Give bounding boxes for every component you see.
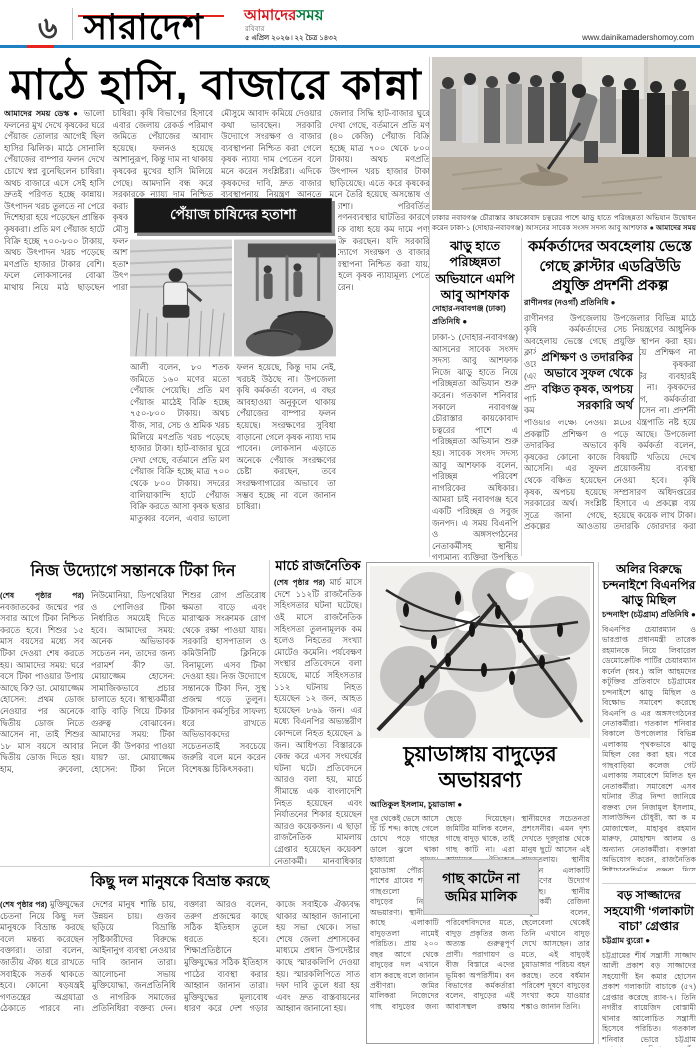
march-violence-article: মার্চে রাজনৈতিক (শেষ পৃষ্ঠার পর) মার্চ ম…: [274, 558, 362, 865]
photo-credit: ● আমাদের সময়: [650, 223, 696, 232]
onion-box-story: পেঁয়াজ চাষিদের হতাশা: [128, 198, 338, 560]
march-continued-marker: (শেষ পৃষ্ঠার পর): [274, 578, 325, 587]
mp-headline: ঝাড়ু হাতে পরিচ্ছন্নতা অভিযানে এমপি আবু …: [432, 238, 518, 303]
column-rule-lead-right: [429, 57, 430, 557]
mp-broom-article: ঝাড়ু হাতে পরিচ্ছন্নতা অভিযানে এমপি আবু …: [432, 238, 518, 570]
column-rule-vaccine-march: [269, 560, 270, 866]
parties-continued-marker: (শেষ পৃষ্ঠার পর): [0, 900, 47, 909]
bat-inset-headline: গাছ কাটেন না জমির মালিক: [423, 859, 539, 915]
sajjad-body: চট্টগ্রামের শীর্ষ সন্ত্রাসী সাজ্জাদ আলী …: [602, 951, 696, 1047]
parties-body: (শেষ পৃষ্ঠার পর) মুক্তিযুদ্ধের চেতনা নিয…: [0, 899, 360, 1050]
awd-headline: কর্মকর্তাদের অবহেলায় ভেস্তে গেছে ক্লাস্…: [524, 238, 696, 297]
cleanup-photo-caption: ঢাকার নবাবগঞ্জ চৌরাস্তার কায়কোবাদ চত্বর…: [432, 213, 696, 232]
awd-pullquote: প্রশিক্ষণ ও তদারকির অভাবে সুফল থেকে বঞ্চ…: [536, 346, 640, 420]
bat-byline: আতিকুল ইসলাম, চুয়াডাঙ্গা ●: [370, 799, 590, 812]
awd-project-article: কর্মকর্তাদের অবহেলায় ভেস্তে গেছে ক্লাস্…: [524, 238, 696, 541]
newspaper-page: ৬ সারাদেশ আমাদেরসময় রবিবার ৫ এপ্রিল ২০২…: [0, 0, 700, 1050]
sajjad-arrest-article: বড় সাজ্জাদের সহযোগী ‘গলাকাটা বাচা’ গ্রে…: [602, 888, 696, 1047]
awd-byline: রাণীনগর (নওগাঁ) প্রতিনিধি ●: [524, 297, 696, 310]
vaccine-body: (শেষ পৃষ্ঠার পর) নবজাতকের জন্মের পর সবার…: [0, 590, 266, 872]
march-body-text: মার্চ মাসে দেশে ১১২টি রাজনৈতিক সহিংসতার …: [274, 577, 362, 865]
oli-protest-article: অলির বিরুদ্ধে চন্দনাইশে বিএনপির ঝাড়ু মি…: [602, 562, 696, 871]
oli-headline: অলির বিরুদ্ধে চন্দনাইশে বিএনপির ঝাড়ু মি…: [602, 562, 696, 609]
onion-box-title: পেঁয়াজ চাষিদের হতাশা: [134, 198, 332, 233]
bat-headline: চুয়াডাঙ্গায় বাদুড়ের অভায়রণ্য: [370, 742, 590, 795]
parties-confusion-article: কিছু দল মানুষকে বিভ্রান্ত করছে (শেষ পৃষ্…: [0, 870, 360, 1050]
parties-body-text: মুক্তিযুদ্ধের চেতনা নিয়ে কিছু দল মানুষক…: [0, 899, 360, 1013]
rule-above-parties: [0, 866, 360, 867]
page-number-divider: [72, 8, 73, 40]
vaccine-body-text: নবজাতকের জন্মের পর সবার আগে টিকা নিশ্চিত…: [0, 590, 266, 774]
column-rule-mp-awd: [521, 238, 522, 556]
header-rule-red-accent: [27, 45, 54, 48]
march-body: (শেষ পৃষ্ঠার পর) মার্চ মাসে দেশে ১১২টি র…: [274, 577, 362, 865]
brand-part-red: আমাদের: [244, 7, 296, 24]
bat-tree-photo: [370, 566, 590, 738]
mp-byline: দোহার-নবাবগঞ্জ (ঢাকা) প্রতিনিধি ●: [432, 303, 518, 329]
mp-body: ঢাকা-১ (দোহার-নবাবগঞ্জ) আসনের সাবেক সংসদ…: [432, 332, 518, 570]
onion-body: আলী বলেন, ৮০ শতক জমিতে ১৬০ মণের মতো পেঁয…: [130, 362, 336, 567]
section-title: সারাদেশ: [84, 0, 204, 59]
onion-market-photo: [234, 239, 336, 357]
date-label: ৫ এপ্রিল ২০২৬ ৷ ২২ চৈত্র ১৪৩২: [245, 32, 337, 44]
bat-sanctuary-box: চুয়াডাঙ্গায় বাদুড়ের অভায়রণ্য আতিকুল …: [366, 562, 594, 1044]
cleanup-drive-photo: [432, 57, 696, 210]
masthead: ৬ সারাদেশ আমাদেরসময় রবিবার ৫ এপ্রিল ২০২…: [0, 0, 700, 46]
lead-headline: মাঠে হাসি, বাজারে কান্না: [0, 52, 432, 104]
column-rule-right-rail: [598, 562, 599, 1044]
lead-byline: আমাদের সময় ডেস্ক ●: [4, 109, 80, 118]
vaccine-continued-marker: (শেষ পৃষ্ঠার পর): [0, 591, 84, 600]
bat-body: দূর থেকেই ভেসে আসে চিঁ চিঁ শব্দ। কাছে গে…: [370, 814, 590, 1044]
farmer-in-field-photo: [130, 239, 232, 357]
sajjad-headline: বড় সাজ্জাদের সহযোগী ‘গলাকাটা বাচা’ গ্রে…: [602, 888, 696, 935]
brand-part-green: সময়: [296, 7, 323, 24]
sajjad-byline: চট্টগ্রাম ব্যুরো ●: [602, 935, 696, 948]
onion-photos: [130, 239, 336, 357]
rule-above-sajjad: [602, 883, 696, 884]
parties-headline: কিছু দল মানুষকে বিভ্রান্ত করছে: [0, 870, 360, 895]
oli-body: বিএনপির চেয়ারম্যান ও ভারপ্রাপ্ত প্রধানম…: [602, 625, 696, 871]
vaccine-interview-article: নিজ উদ্যোগে সন্তানকে টিকা দিন (শেষ পৃষ্ঠ…: [0, 558, 266, 872]
oli-byline: চন্দনাইশ (চট্টগ্রাম) প্রতিনিধি ●: [602, 609, 696, 622]
site-url: www.dainikamadershomoy.com: [582, 33, 694, 42]
